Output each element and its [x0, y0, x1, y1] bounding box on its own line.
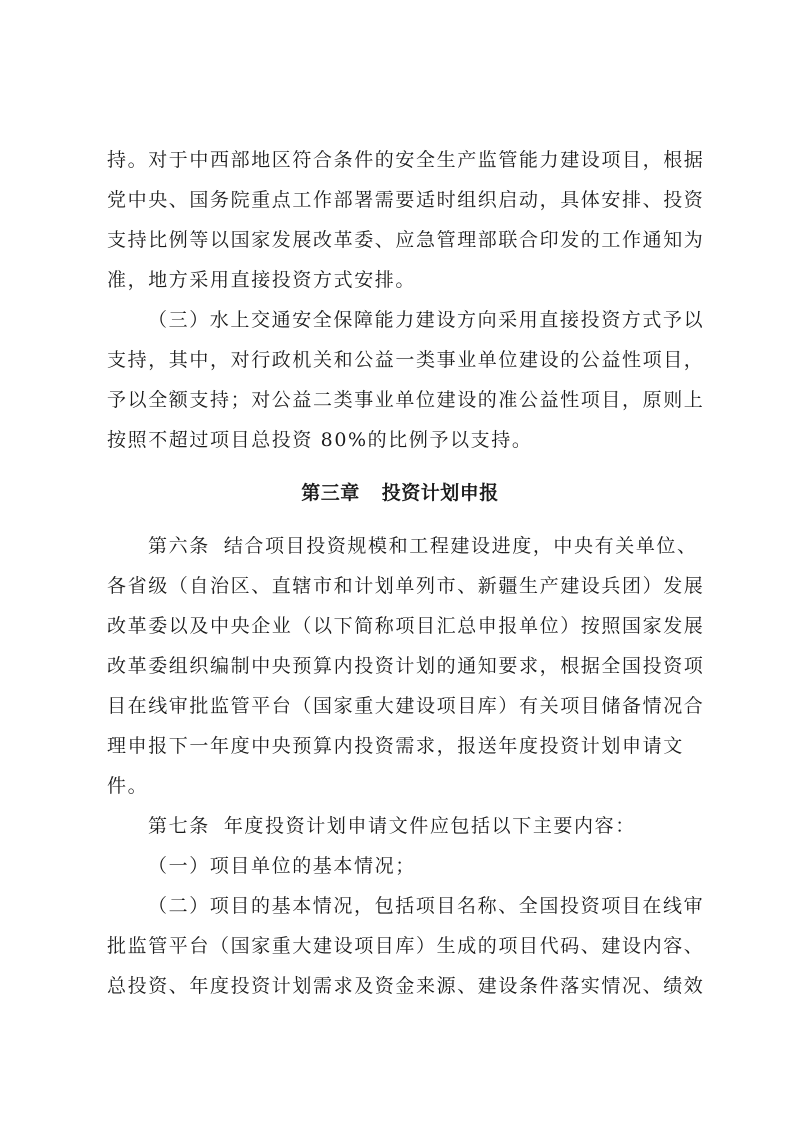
article-text: 结合项目投资规模和工程建设进度，中央有关单位、: [224, 535, 698, 557]
article-7-item-2: （二）项目的基本情况，包括项目名称、全国投资项目在线审 批监管平台（国家重大建设…: [107, 886, 693, 1006]
article-7-item-1: （一）项目单位的基本情况；: [107, 846, 693, 886]
text-line: 理申报下一年度中央预算内投资需求，报送年度投资计划申请文: [107, 726, 693, 766]
text-line: （三）水上交通安全保障能力建设方向采用直接投资方式予以: [107, 300, 693, 340]
chapter-heading: 第三章投资计划申报: [107, 473, 693, 513]
text-line: 改革委组织编制中央预算内投资计划的通知要求，根据全国投资项: [107, 646, 693, 686]
text-line: 总投资、年度投资计划需求及资金来源、建设条件落实情况、绩效: [107, 966, 693, 1006]
document-page: 持。对于中西部地区符合条件的安全生产监管能力建设项目，根据 党中央、国务院重点工…: [107, 140, 693, 1006]
article-7: 第七条年度投资计划申请文件应包括以下主要内容：: [107, 806, 693, 846]
paragraph-continuation: 持。对于中西部地区符合条件的安全生产监管能力建设项目，根据 党中央、国务院重点工…: [107, 140, 693, 300]
text-line: 第七条年度投资计划申请文件应包括以下主要内容：: [107, 806, 693, 846]
paragraph-item-3: （三）水上交通安全保障能力建设方向采用直接投资方式予以 支持，其中，对行政机关和…: [107, 300, 693, 460]
chapter-number: 第三章: [301, 482, 360, 504]
chapter-title: 投资计划申报: [382, 482, 499, 504]
text-line: 按照不超过项目总投资 80%的比例予以支持。: [107, 420, 693, 460]
article-label: 第七条: [148, 815, 210, 837]
text-line: （一）项目单位的基本情况；: [107, 846, 693, 886]
text-line: 支持比例等以国家发展改革委、应急管理部联合印发的工作通知为: [107, 220, 693, 260]
text-line: 目在线审批监管平台（国家重大建设项目库）有关项目储备情况合: [107, 686, 693, 726]
text-line: 持。对于中西部地区符合条件的安全生产监管能力建设项目，根据: [107, 140, 693, 180]
text-line: 支持，其中，对行政机关和公益一类事业单位建设的公益性项目，: [107, 340, 693, 380]
text-line: 党中央、国务院重点工作部署需要适时组织启动，具体安排、投资: [107, 180, 693, 220]
text-line: 各省级（自治区、直辖市和计划单列市、新疆生产建设兵团）发展: [107, 566, 693, 606]
text-line: 准，地方采用直接投资方式安排。: [107, 260, 693, 300]
text-line: 件。: [107, 766, 693, 806]
text-line: 批监管平台（国家重大建设项目库）生成的项目代码、建设内容、: [107, 926, 693, 966]
article-6: 第六条结合项目投资规模和工程建设进度，中央有关单位、 各省级（自治区、直辖市和计…: [107, 526, 693, 806]
text-line: （二）项目的基本情况，包括项目名称、全国投资项目在线审: [107, 886, 693, 926]
article-label: 第六条: [148, 535, 210, 557]
text-line: 改革委以及中央企业（以下简称项目汇总申报单位）按照国家发展: [107, 606, 693, 646]
article-text: 年度投资计划申请文件应包括以下主要内容：: [224, 815, 636, 837]
text-line: 第六条结合项目投资规模和工程建设进度，中央有关单位、: [107, 526, 693, 566]
text-line: 予以全额支持；对公益二类事业单位建设的准公益性项目，原则上: [107, 380, 693, 420]
